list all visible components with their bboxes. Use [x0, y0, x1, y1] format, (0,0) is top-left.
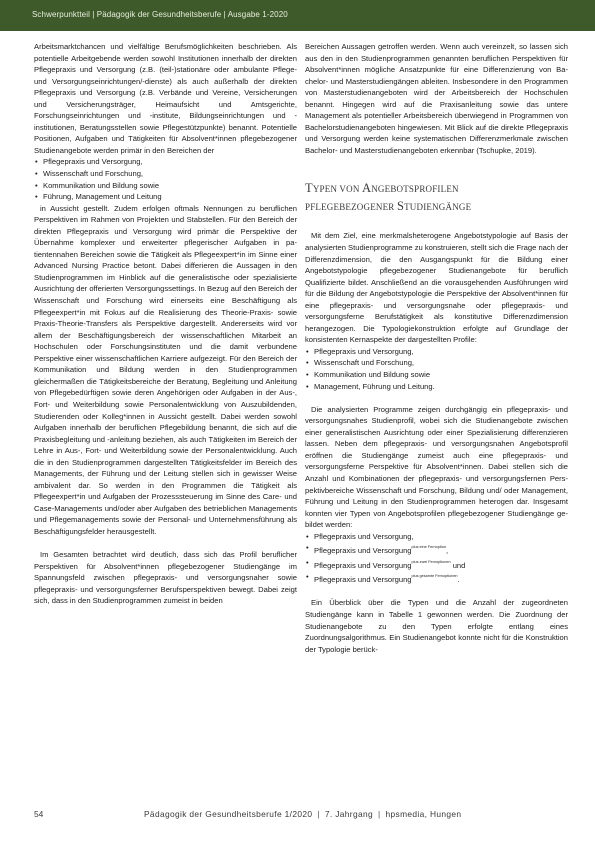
- paragraph: in Aussicht gestellt. Zudem erfolgen oft…: [34, 203, 297, 538]
- journal-title: Pädagogik der Gesundheitsberufe 1/2020: [144, 809, 312, 819]
- bullet-icon: •: [306, 357, 309, 369]
- running-header-bar: Schwerpunktteil | Pädagogik der Gesundhe…: [0, 0, 595, 31]
- running-header-title: Schwerpunktteil | Pädagogik der Gesundhe…: [32, 10, 288, 19]
- superscript-label: plus zwei Fernoptionen: [412, 560, 451, 564]
- volume: 7. Jahrgang: [325, 809, 373, 819]
- list-item: •Wissenschaft und Forschung,: [34, 168, 297, 180]
- paragraph: Die analysierten Programme zeigen durchg…: [305, 404, 568, 531]
- list-item: •Pflegepraxis und Versorgungplus eine Fe…: [305, 542, 568, 557]
- list-item: •Wissenschaft und Forschung,: [305, 357, 568, 369]
- left-column: Arbeitsmarktchancen und vielfältige Beru…: [34, 41, 297, 607]
- superscript-label: plus eine Fernoption: [412, 545, 446, 549]
- bullet-icon: •: [306, 381, 309, 393]
- paragraph: Im Gesamten betrachtet wird deutlich, da…: [34, 549, 297, 607]
- bullet-icon: •: [306, 531, 309, 543]
- superscript-label: plus gesamte Fernoptionen: [412, 574, 458, 578]
- separator: |: [373, 809, 386, 819]
- list-item: •Pflegepraxis und Versorgungplus gesamte…: [305, 571, 568, 586]
- page-number: 54: [34, 809, 43, 819]
- bullet-icon: •: [306, 346, 309, 358]
- publisher: hpsmedia, Hungen: [386, 809, 462, 819]
- bullet-icon: •: [306, 571, 309, 583]
- list-item: •Management, Führung und Leitung.: [305, 381, 568, 393]
- bullet-icon: •: [35, 191, 38, 203]
- paragraph: Mit dem Ziel, eine merkmalsheterogene An…: [305, 230, 568, 345]
- list-item: •Pflegepraxis und Versorgung,: [305, 346, 568, 358]
- bullet-list-core-aspects: •Pflegepraxis und Versorgung, •Wissensch…: [305, 346, 568, 392]
- separator: |: [312, 809, 325, 819]
- bullet-icon: •: [306, 369, 309, 381]
- bullet-icon: •: [35, 180, 38, 192]
- bullet-icon: •: [35, 168, 38, 180]
- section-heading: Typen von Angebotsprofilen pflegebezogen…: [305, 180, 568, 216]
- list-item: •Pflegepraxis und Versorgung,: [34, 156, 297, 168]
- right-column: Bereichen Aussagen getroffen werden. Wen…: [305, 41, 568, 655]
- bullet-icon: •: [306, 557, 309, 569]
- bullet-list-profile-types: •Pflegepraxis und Versorgung, •Pflegepra…: [305, 531, 568, 586]
- bullet-icon: •: [35, 156, 38, 168]
- paragraph: Bereichen Aussagen getroffen werden. Wen…: [305, 41, 568, 156]
- paragraph: Ein Überblick über die Typen und die Anz…: [305, 597, 568, 655]
- bullet-list-career-areas: •Pflegepraxis und Versorgung, •Wissensch…: [34, 156, 297, 202]
- bullet-icon: •: [306, 542, 309, 554]
- paragraph: Arbeitsmarktchancen und vielfältige Beru…: [34, 41, 297, 156]
- footer-journal-info: Pädagogik der Gesundheitsberufe 1/2020|7…: [144, 809, 461, 819]
- list-item: •Pflegepraxis und Versorgungplus zwei Fe…: [305, 557, 568, 572]
- list-item: •Kommunikation und Bildung sowie: [34, 180, 297, 192]
- list-item: •Führung, Management und Leitung: [34, 191, 297, 203]
- list-item: •Pflegepraxis und Versorgung,: [305, 531, 568, 543]
- list-item: •Kommunikation und Bildung sowie: [305, 369, 568, 381]
